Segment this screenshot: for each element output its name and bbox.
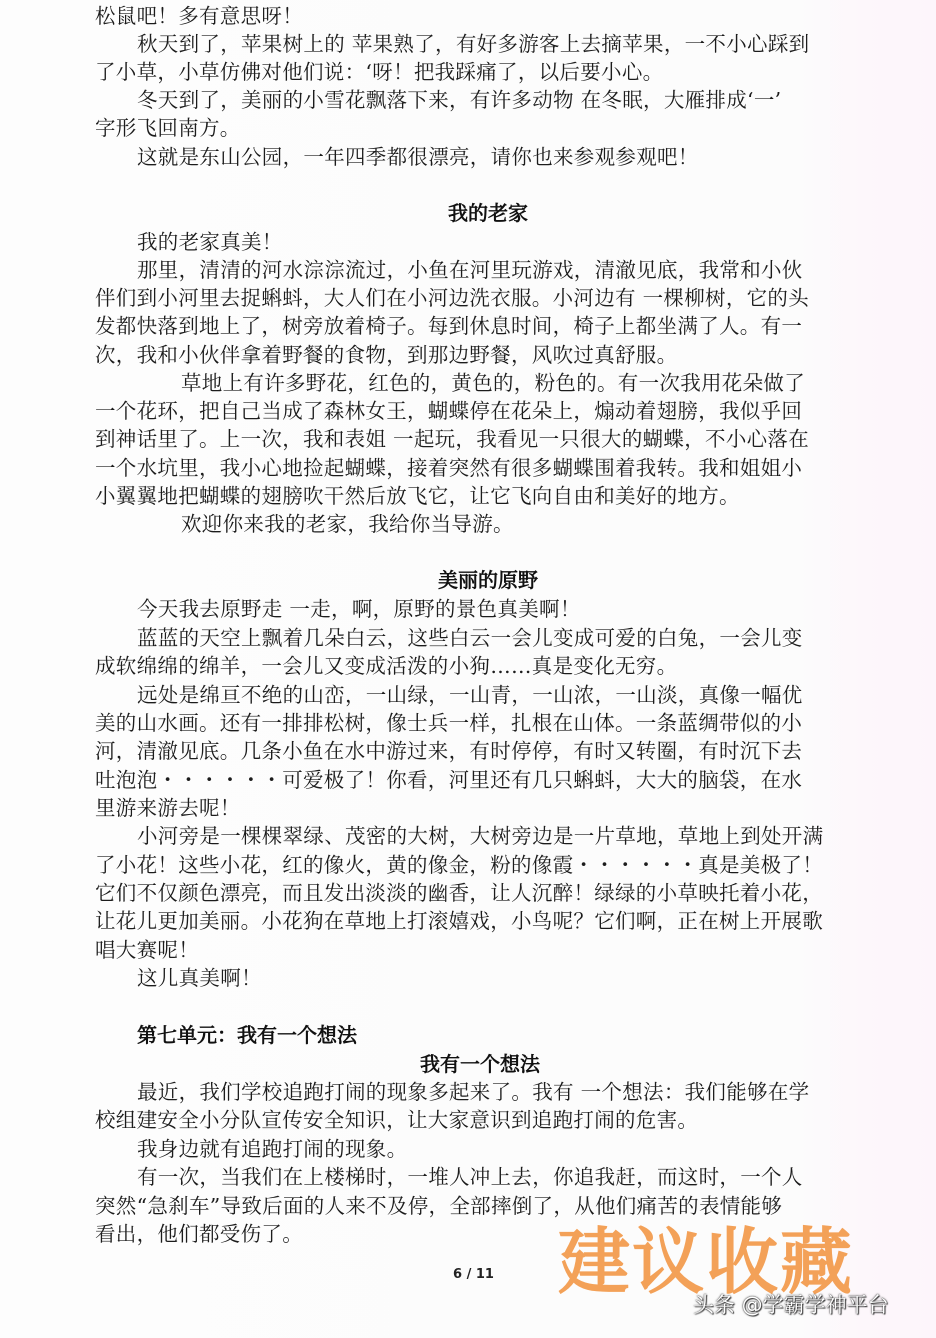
page-number: 6 / 11 — [453, 1267, 494, 1282]
paragraph-line: 小翼翼地把蝴蝶的翅膀吹干然后放飞它，让它飞向自由和美好的地方。 — [95, 482, 740, 510]
paragraph-line: 美的山水画。还有一排排松树，像士兵一样，扎根在山体。一条蓝绸带似的小 — [95, 709, 802, 737]
paragraph-line: 里游来游去呢！ — [95, 794, 241, 822]
paragraph-line: 秋天到了，苹果树上的 苹果熟了，有好多游客上去摘苹果，一不小心踩到 — [137, 30, 809, 58]
paragraph-line: 河，清澈见底。几条小鱼在水中游过来，有时停停，有时又转圈，有时沉下去 — [95, 737, 802, 765]
essay-title-idea: 我有一个想法 — [420, 1050, 540, 1078]
paragraph-line: 小河旁是一棵棵翠绿、茂密的大树，大树旁边是一片草地，草地上到处开满 — [137, 822, 823, 850]
paragraph-line: 一个水坑里，我小心地捡起蝴蝶，接着突然有很多蝴蝶围着我转。我和姐姐小 — [95, 454, 802, 482]
paragraph-line: 了小花！这些小花，红的像火，黄的像金，粉的像霞・・・・・・真是美极了！ — [95, 851, 823, 879]
paragraph-line: 校组建安全小分队宣传安全知识，让大家意识到追跑打闹的危害。 — [95, 1106, 698, 1134]
paragraph-line: 松鼠吧！多有意思呀！ — [95, 2, 303, 30]
paragraph-line: 今天我去原野走 一走，啊，原野的景色真美啊！ — [137, 595, 581, 623]
paragraph-line: 草地上有许多野花，红色的，黄色的，粉色的。有一次我用花朵做了 — [181, 369, 805, 397]
unit-heading: 第七单元：我有一个想法 — [137, 1021, 357, 1049]
source-watermark: 头条 @学霸学神平台 — [693, 1291, 889, 1319]
essay-title-hometown: 我的老家 — [448, 199, 528, 227]
paragraph-line: 伴们到小河里去捉蝌蚪，大人们在小河边洗衣服。小河边有 一棵柳树，它的头 — [95, 284, 809, 312]
paragraph-line: 它们不仅颜色漂亮，而且发出淡淡的幽香，让人沉醉！绿绿的小草映托着小花， — [95, 879, 823, 907]
paragraph-line: 成软绵绵的绵羊，一会儿又变成活泼的小狗……真是变化无穷。 — [95, 652, 677, 680]
paragraph-line: 一个花环，把自己当成了森林女王，蝴蝶停在花朵上，煽动着翅膀，我似乎回 — [95, 397, 802, 425]
paragraph-line: 有一次，当我们在上楼梯时，一堆人冲上去，你追我赶，而这时，一个人 — [137, 1163, 803, 1191]
paragraph-line: 我身边就有追跑打闹的现象。 — [137, 1135, 407, 1163]
paragraph-line: 唱大赛呢！ — [95, 936, 199, 964]
paragraph-line: 欢迎你来我的老家，我给你当导游。 — [181, 510, 514, 538]
paragraph-line: 冬天到了，美丽的小雪花飘落下来，有许多动物 在冬眠，大雁排成‘一’ — [137, 86, 781, 114]
paragraph-line: 了小草，小草仿佛对他们说：‘呀！把我踩痛了，以后要小心。 — [95, 58, 663, 86]
paragraph-line: 最近，我们学校追跑打闹的现象多起来了。我有 一个想法：我们能够在学 — [137, 1078, 809, 1106]
paragraph-line: 到神话里了。上一次，我和表姐 一起玩，我看见一只很大的蝴蝶，不小心落在 — [95, 425, 809, 453]
paragraph-line: 看出，他们都受伤了。 — [95, 1220, 303, 1248]
paragraph-line: 次，我和小伙伴拿着野餐的食物，到那边野餐，风吹过真舒服。 — [95, 341, 677, 369]
paragraph-line: 我的老家真美！ — [137, 228, 283, 256]
paragraph-line: 远处是绵亘不绝的山峦，一山绿，一山青，一山浓，一山淡，真像一幅优 — [137, 681, 803, 709]
paragraph-line: 吐泡泡・・・・・・可爱极了！你看，河里还有几只蝌蚪，大大的脑袋，在水 — [95, 766, 802, 794]
bookmark-stamp: 建议收藏 — [558, 1222, 854, 1302]
document-page: 松鼠吧！多有意思呀！ 秋天到了，苹果树上的 苹果熟了，有好多游客上去摘苹果，一不… — [0, 0, 936, 1338]
paragraph-line: 字形飞回南方。 — [95, 114, 241, 142]
paragraph-line: 这就是东山公园，一年四季都很漂亮，请你也来参观参观吧！ — [137, 143, 699, 171]
paragraph-line: 发都快落到地上了，树旁放着椅子。每到休息时间，椅子上都坐满了人。有一 — [95, 312, 802, 340]
paragraph-line: 蓝蓝的天空上飘着几朵白云，这些白云一会儿变成可爱的白兔，一会儿变 — [137, 624, 803, 652]
paragraph-line: 突然“急刹车”导致后面的人来不及停，全部摔倒了，从他们痛苦的表情能够 — [95, 1192, 782, 1220]
essay-title-wilderness: 美丽的原野 — [438, 566, 538, 594]
paragraph-line: 让花儿更加美丽。小花狗在草地上打滚嬉戏，小鸟呢？它们啊，正在树上开展歌 — [95, 907, 823, 935]
paragraph-line: 这儿真美啊！ — [137, 964, 262, 992]
paragraph-line: 那里，清清的河水淙淙流过，小鱼在河里玩游戏，清澈见底，我常和小伙 — [137, 256, 803, 284]
